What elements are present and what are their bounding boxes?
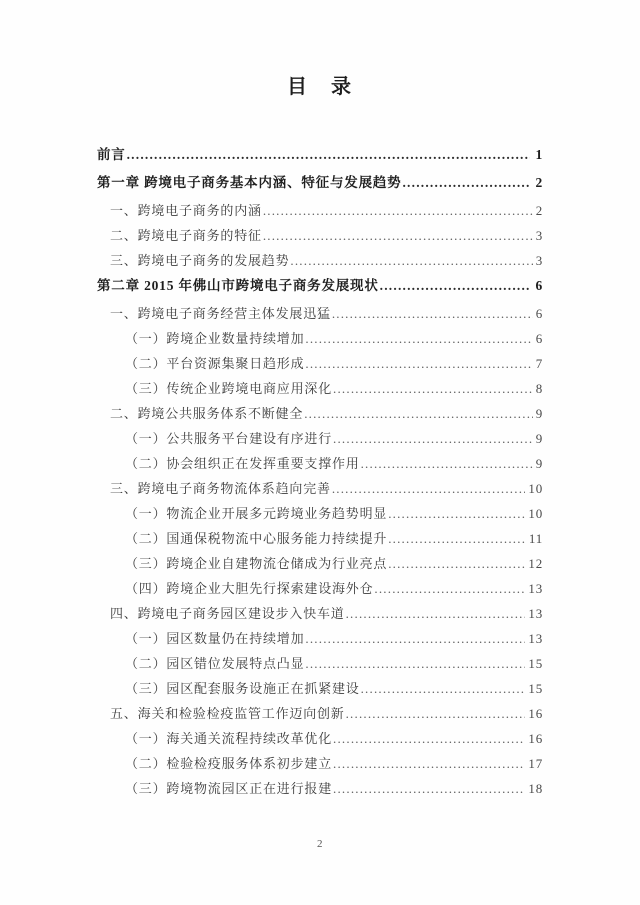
toc-dot-leader — [388, 507, 525, 521]
toc-entry-label: 二、跨境电子商务的特征 — [110, 229, 262, 243]
toc-entry: （三）跨境物流园区正在进行报建18 — [97, 782, 543, 796]
toc-entry-page: 3 — [534, 229, 543, 243]
toc-entry-page: 17 — [526, 757, 543, 771]
toc-entry: 一、跨境电子商务的内涵2 — [97, 204, 543, 218]
toc-dot-leader — [305, 332, 532, 346]
toc-entry-label: （一）海关通关流程持续改革优化 — [125, 732, 332, 746]
toc-dot-leader — [332, 307, 533, 321]
toc-entry: （一）园区数量仍在持续增加13 — [97, 632, 543, 646]
toc-dot-leader — [374, 582, 525, 596]
toc-dot-leader — [388, 557, 525, 571]
toc-dot-leader — [333, 382, 533, 396]
toc-entry: （三）跨境企业自建物流仓储成为行业亮点12 — [97, 557, 543, 571]
toc-entry: 四、跨境电子商务园区建设步入快车道13 — [97, 607, 543, 621]
toc-entry-label: 一、跨境电子商务的内涵 — [110, 204, 262, 218]
toc-entry: 第一章 跨境电子商务基本内涵、特征与发展趋势2 — [97, 176, 543, 190]
toc-entry: （二）平台资源集聚日趋形成7 — [97, 357, 543, 371]
toc-entry-page: 9 — [534, 407, 543, 421]
toc-dot-leader — [361, 457, 533, 471]
toc-entry-page: 12 — [526, 557, 543, 571]
toc-entry-label: （一）跨境企业数量持续增加 — [125, 332, 304, 346]
toc-title: 目 录 — [0, 0, 640, 98]
toc-entry-label: （三）跨境企业自建物流仓储成为行业亮点 — [125, 557, 387, 571]
toc-entry-page: 13 — [526, 632, 543, 646]
toc-entry: 三、跨境电子商务的发展趋势3 — [97, 254, 543, 268]
toc-entry: （四）跨境企业大胆先行探索建设海外仓13 — [97, 582, 543, 596]
toc-entry-page: 6 — [534, 332, 543, 346]
toc-entry: 前言1 — [97, 148, 543, 162]
toc-entry-page: 6 — [531, 279, 543, 293]
toc-dot-leader — [333, 757, 525, 771]
toc-dot-leader — [333, 732, 525, 746]
toc-entry-label: （二）园区错位发展特点凸显 — [125, 657, 304, 671]
toc-entry-page: 3 — [534, 254, 543, 268]
toc-dot-leader — [346, 707, 526, 721]
toc-entry-label: 三、跨境电子商务的发展趋势 — [110, 254, 289, 268]
toc-entry-page: 6 — [534, 307, 543, 321]
toc-entry-label: （四）跨境企业大胆先行探索建设海外仓 — [125, 582, 373, 596]
toc-entry-label: （二）平台资源集聚日趋形成 — [125, 357, 304, 371]
toc-entry: 一、跨境电子商务经营主体发展迅猛6 — [97, 307, 543, 321]
toc-entry-page: 7 — [534, 357, 543, 371]
toc-entry-label: （一）物流企业开展多元跨境业务趋势明显 — [125, 507, 387, 521]
toc-dot-leader — [346, 607, 526, 621]
toc-dot-leader — [263, 229, 533, 243]
toc-entry-page: 15 — [526, 657, 543, 671]
toc-entry-page: 18 — [526, 782, 543, 796]
toc-entry-label: （一）公共服务平台建设有序进行 — [125, 432, 332, 446]
toc-entry: 二、跨境公共服务体系不断健全9 — [97, 407, 543, 421]
toc-dot-leader — [333, 782, 525, 796]
toc-entry-page: 13 — [526, 582, 543, 596]
toc-entry: （二）园区错位发展特点凸显15 — [97, 657, 543, 671]
toc-dot-leader — [333, 432, 533, 446]
toc-entry: （二）国通保税物流中心服务能力持续提升11 — [97, 532, 543, 546]
toc-entry-page: 1 — [531, 148, 543, 162]
toc-entry-page: 16 — [526, 707, 543, 721]
toc-dot-leader — [332, 482, 526, 496]
toc-entry-label: 三、跨境电子商务物流体系趋向完善 — [110, 482, 331, 496]
toc-entry: （一）物流企业开展多元跨境业务趋势明显10 — [97, 507, 543, 521]
page-number: 2 — [0, 838, 640, 850]
toc-entry-label: 一、跨境电子商务经营主体发展迅猛 — [110, 307, 331, 321]
toc-entry-label: （二）协会组织正在发挥重要支撑作用 — [125, 457, 360, 471]
toc-entry-page: 10 — [526, 482, 543, 496]
toc-dot-leader — [305, 632, 525, 646]
toc-dot-leader — [402, 176, 530, 190]
toc-dot-leader — [290, 254, 532, 268]
toc-entry-label: 四、跨境电子商务园区建设步入快车道 — [110, 607, 345, 621]
toc-dot-leader — [305, 357, 532, 371]
toc-entry: （一）跨境企业数量持续增加6 — [97, 332, 543, 346]
toc-entry-label: （三）跨境物流园区正在进行报建 — [125, 782, 332, 796]
toc-dot-leader — [361, 682, 526, 696]
toc-entry-label: 二、跨境公共服务体系不断健全 — [110, 407, 303, 421]
toc-dot-leader — [380, 279, 531, 293]
toc-entry-page: 8 — [534, 382, 543, 396]
toc-entry: 第二章 2015 年佛山市跨境电子商务发展现状6 — [97, 279, 543, 293]
toc-entry-page: 9 — [534, 457, 543, 471]
toc-entry: （三）园区配套服务设施正在抓紧建设15 — [97, 682, 543, 696]
toc-dot-leader — [304, 407, 532, 421]
toc-entry-page: 15 — [526, 682, 543, 696]
toc-entry: （二）检验检疫服务体系初步建立17 — [97, 757, 543, 771]
toc-entry: （一）公共服务平台建设有序进行9 — [97, 432, 543, 446]
toc-entry-label: 五、海关和检验检疫监管工作迈向创新 — [110, 707, 345, 721]
toc-entry-label: （一）园区数量仍在持续增加 — [125, 632, 304, 646]
toc-entry: （三）传统企业跨境电商应用深化8 — [97, 382, 543, 396]
toc-dot-leader — [127, 148, 531, 162]
toc-entry: 三、跨境电子商务物流体系趋向完善10 — [97, 482, 543, 496]
toc-entry: 二、跨境电子商务的特征3 — [97, 229, 543, 243]
toc-entry-page: 13 — [526, 607, 543, 621]
toc-list: 前言1第一章 跨境电子商务基本内涵、特征与发展趋势2一、跨境电子商务的内涵2二、… — [97, 148, 543, 796]
document-page: 目 录 前言1第一章 跨境电子商务基本内涵、特征与发展趋势2一、跨境电子商务的内… — [0, 0, 640, 905]
toc-entry-page: 16 — [526, 732, 543, 746]
toc-entry-label: （二）国通保税物流中心服务能力持续提升 — [125, 532, 387, 546]
toc-dot-leader — [388, 532, 526, 546]
toc-entry-label: 第一章 跨境电子商务基本内涵、特征与发展趋势 — [97, 176, 401, 190]
toc-entry-label: （三）园区配套服务设施正在抓紧建设 — [125, 682, 360, 696]
toc-entry: （二）协会组织正在发挥重要支撑作用9 — [97, 457, 543, 471]
toc-entry: 五、海关和检验检疫监管工作迈向创新16 — [97, 707, 543, 721]
toc-entry-page: 10 — [526, 507, 543, 521]
toc-entry-page: 11 — [527, 532, 543, 546]
toc-entry-label: 第二章 2015 年佛山市跨境电子商务发展现状 — [97, 279, 379, 293]
toc-entry-label: （三）传统企业跨境电商应用深化 — [125, 382, 332, 396]
toc-dot-leader — [263, 204, 533, 218]
toc-entry-page: 2 — [534, 204, 543, 218]
toc-entry: （一）海关通关流程持续改革优化16 — [97, 732, 543, 746]
toc-entry-page: 9 — [534, 432, 543, 446]
toc-entry-label: 前言 — [97, 148, 126, 162]
toc-dot-leader — [305, 657, 525, 671]
toc-entry-page: 2 — [531, 176, 543, 190]
toc-entry-label: （二）检验检疫服务体系初步建立 — [125, 757, 332, 771]
